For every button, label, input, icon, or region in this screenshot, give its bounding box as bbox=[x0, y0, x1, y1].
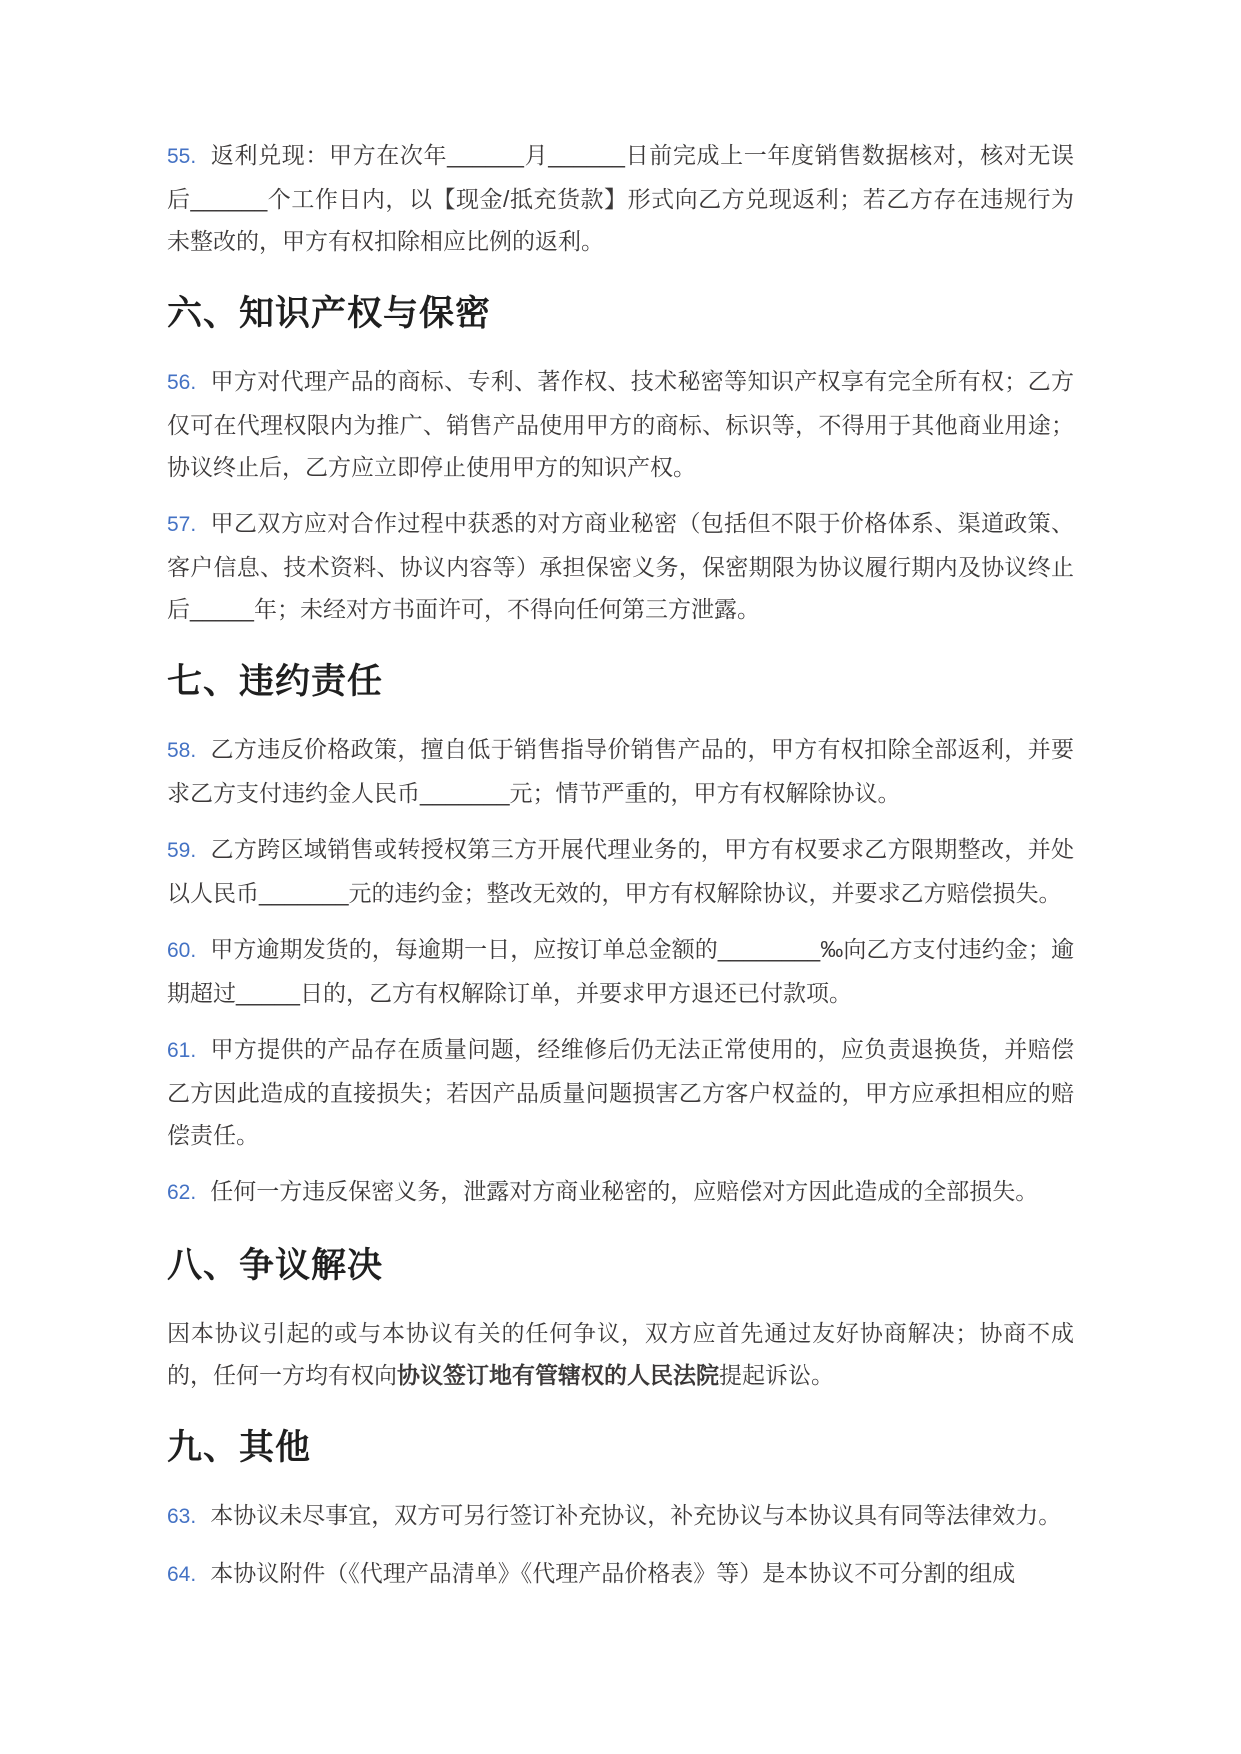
clause-59-number: 59. bbox=[167, 839, 196, 862]
clause-63: 63.本协议未尽事宜，双方可另行签订补充协议，补充协议与本协议具有同等法律效力。 bbox=[167, 1494, 1074, 1538]
clause-56-text: 甲方对代理产品的商标、专利、著作权、技术秘密等知识产权享有完全所有权；乙方仅可在… bbox=[167, 368, 1074, 480]
dispute-text-post: 提起诉讼。 bbox=[719, 1362, 834, 1388]
clause-61-text: 甲方提供的产品存在质量问题，经维修后仍无法正常使用的，应负责退换货，并赔偿乙方因… bbox=[167, 1036, 1074, 1148]
clause-61-number: 61. bbox=[167, 1039, 196, 1062]
clause-59-text: 乙方跨区域销售或转授权第三方开展代理业务的，甲方有权要求乙方限期整改，并处以人民… bbox=[167, 836, 1074, 906]
clause-62-text: 任何一方违反保密义务，泄露对方商业秘密的，应赔偿对方因此造成的全部损失。 bbox=[210, 1178, 1038, 1204]
clause-64: 64.本协议附件（《代理产品清单》《代理产品价格表》等）是本协议不可分割的组成 bbox=[167, 1552, 1074, 1596]
clause-57: 57.甲乙双方应对合作过程中获悉的对方商业秘密（包括但不限于价格体系、渠道政策、… bbox=[167, 502, 1074, 630]
clause-57-text: 甲乙双方应对合作过程中获悉的对方商业秘密（包括但不限于价格体系、渠道政策、客户信… bbox=[167, 510, 1074, 622]
clause-62-number: 62. bbox=[167, 1181, 196, 1204]
clause-56-number: 56. bbox=[167, 371, 196, 394]
section-heading-misc: 九、其他 bbox=[167, 1426, 1074, 1470]
section-heading-ip-confidentiality: 六、知识产权与保密 bbox=[167, 292, 1074, 336]
section-heading-breach-liability: 七、违约责任 bbox=[167, 660, 1074, 704]
clause-58-text: 乙方违反价格政策，擅自低于销售指导价销售产品的，甲方有权扣除全部返利，并要求乙方… bbox=[167, 736, 1074, 806]
clause-56: 56.甲方对代理产品的商标、专利、著作权、技术秘密等知识产权享有完全所有权；乙方… bbox=[167, 360, 1074, 488]
clause-60-text: 甲方逾期发货的，每逾期一日，应按订单总金额的________‰向乙方支付违约金；… bbox=[167, 936, 1074, 1006]
court-jurisdiction-bold-text: 协议签订地有管辖权的人民法院 bbox=[397, 1362, 719, 1388]
contract-page: 55.返利兑现：甲方在次年______月______日前完成上一年度销售数据核对… bbox=[0, 0, 1241, 1754]
section-heading-dispute-resolution: 八、争议解决 bbox=[167, 1244, 1074, 1288]
clause-58-number: 58. bbox=[167, 739, 196, 762]
clause-61: 61.甲方提供的产品存在质量问题，经维修后仍无法正常使用的，应负责退换货，并赔偿… bbox=[167, 1028, 1074, 1156]
clause-63-number: 63. bbox=[167, 1505, 196, 1528]
clause-59: 59.乙方跨区域销售或转授权第三方开展代理业务的，甲方有权要求乙方限期整改，并处… bbox=[167, 828, 1074, 914]
clause-62: 62.任何一方违反保密义务，泄露对方商业秘密的，应赔偿对方因此造成的全部损失。 bbox=[167, 1170, 1074, 1214]
clause-55-text: 返利兑现：甲方在次年______月______日前完成上一年度销售数据核对，核对… bbox=[167, 142, 1074, 254]
clause-58: 58.乙方违反价格政策，擅自低于销售指导价销售产品的，甲方有权扣除全部返利，并要… bbox=[167, 728, 1074, 814]
clause-55-number: 55. bbox=[167, 145, 196, 168]
clause-64-text: 本协议附件（《代理产品清单》《代理产品价格表》等）是本协议不可分割的组成 bbox=[210, 1560, 1015, 1586]
clause-55: 55.返利兑现：甲方在次年______月______日前完成上一年度销售数据核对… bbox=[167, 134, 1074, 262]
clause-60: 60.甲方逾期发货的，每逾期一日，应按订单总金额的________‰向乙方支付违… bbox=[167, 928, 1074, 1014]
clause-60-number: 60. bbox=[167, 939, 196, 962]
clause-63-text: 本协议未尽事宜，双方可另行签订补充协议，补充协议与本协议具有同等法律效力。 bbox=[210, 1502, 1061, 1528]
clause-57-number: 57. bbox=[167, 513, 196, 536]
dispute-resolution-paragraph: 因本协议引起的或与本协议有关的任何争议，双方应首先通过友好协商解决；协商不成的，… bbox=[167, 1312, 1074, 1396]
clause-64-number: 64. bbox=[167, 1563, 196, 1586]
